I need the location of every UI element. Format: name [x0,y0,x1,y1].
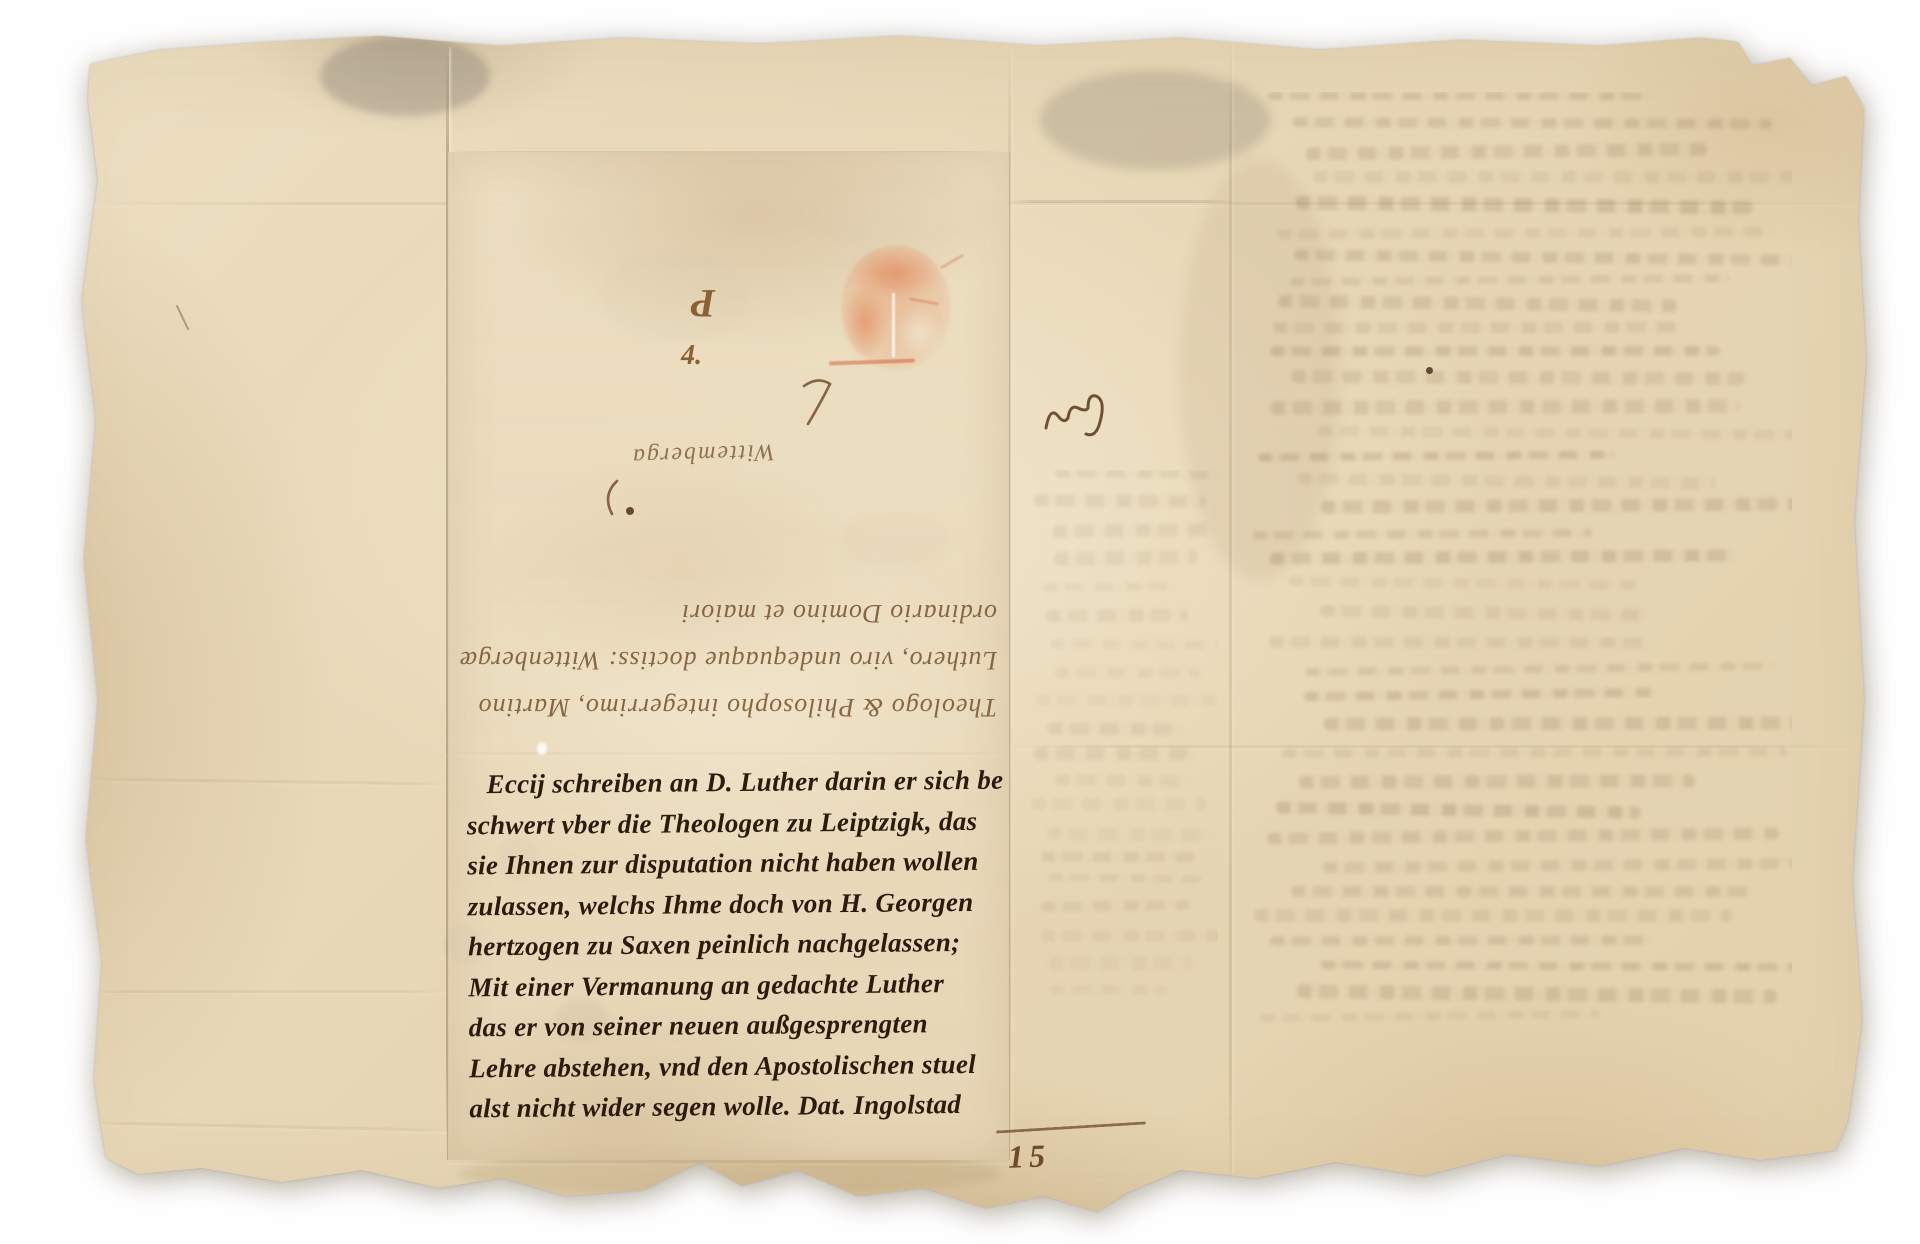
folio-underline [996,1121,1146,1133]
paper-sheet: P 4. Wittemberga Theologo & Philosopho i… [0,0,1920,1244]
ink-smudge [320,36,490,116]
pen-tick [177,306,188,329]
flipped-inscription: Wittemberga [631,437,776,469]
docket-line: zulassen, welchs Ihme doch von H. George… [467,881,1007,926]
address-block: Theologo & Philosopho integerrimo, Marti… [460,590,997,731]
docket-line: sie Ihnen zur disputation nicht haben wo… [467,841,1007,886]
folio-number: 15 [1007,1137,1050,1175]
address-line: Theologo & Philosopho integerrimo, Marti… [460,684,997,731]
docket-line: alst nicht wider segen wolle. Dat. Ingol… [469,1084,1009,1129]
docket-line: hertzogen zu Saxen peinlich nachgelassen… [468,922,1008,967]
packet-bottom-edge [447,1160,1008,1163]
folded-letter-panel: P 4. Wittemberga Theologo & Philosopho i… [447,152,1010,1160]
pen-mark-letter: P [691,280,715,327]
fold-crease-vertical [1229,42,1232,1202]
docket-line: Lehre abstehen, vnd den Apostolischen st… [469,1043,1009,1088]
fold-crease-horizontal [1008,200,1232,203]
manuscript-photo: P 4. Wittemberga Theologo & Philosopho i… [0,0,1920,1244]
docket-line: schwert vber die Theologen zu Leiptzigk,… [467,800,1007,845]
bleedthrough-text [1030,470,1218,1110]
ink-dot [1426,367,1433,374]
docket-text: Eccij schreiben an D. Luther darin er si… [466,760,1009,1129]
fold-crease-horizontal [86,1121,450,1132]
address-line: Luthero, viro undequaque doctiss: Witten… [460,637,997,684]
fold-crease-horizontal [86,990,446,993]
seal-stain [843,285,887,359]
paper-surface: P 4. Wittemberga Theologo & Philosopho i… [0,0,1920,1244]
docket-line: das er von seiner neuen außgesprengten [469,1003,1009,1048]
docket-line: Eccij schreiben an D. Luther darin er si… [486,760,1006,805]
wax-seal-remnant [841,245,951,370]
pen-mark-numeral: 4. [681,340,702,372]
seal-paper-gap [897,307,943,359]
fold-crease-horizontal [92,778,447,786]
bleedthrough-text [1252,92,1792,1107]
docket-line: Mit einer Vermanung an gedachte Luther [468,962,1008,1007]
pen-squiggle [1046,396,1102,435]
seal-slit [892,293,895,357]
fold-pinhole [537,742,547,755]
ink-dot [626,507,634,515]
ink-smudge [1040,70,1270,170]
address-line: ordinario Domino et maiori [460,590,997,637]
